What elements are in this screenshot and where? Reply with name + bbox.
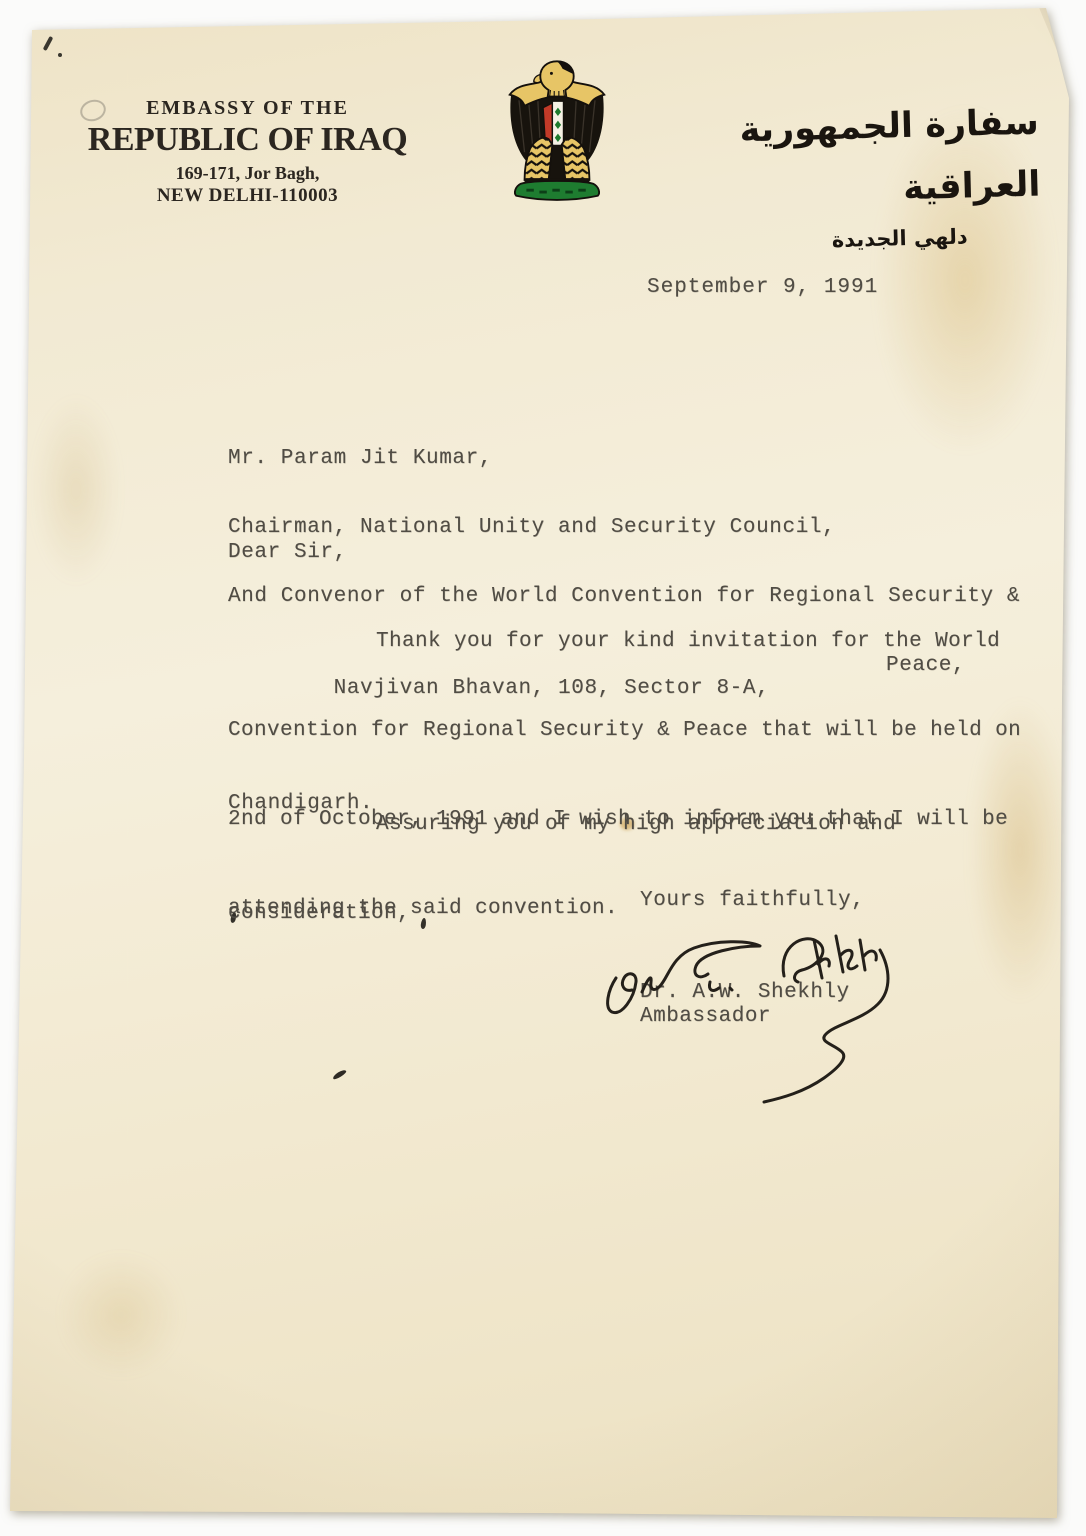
letter-date: September 9, 1991 (647, 276, 878, 299)
stain-left (16, 360, 136, 620)
letter-paper: EMBASSY OF THE REPUBLIC OF IRAQ 169-171,… (0, 0, 1086, 1536)
body-line: Convention for Regional Security & Peace… (228, 709, 1021, 752)
ink-mark-bottom (332, 1068, 347, 1080)
recipient-line: Mr. Param Jit Kumar, (228, 447, 1020, 470)
arabic-embassy-line: سفارة الجمهورية العراقية (698, 92, 1041, 225)
eagle-emblem-icon (506, 56, 608, 202)
ink-dot-top-left (58, 53, 62, 57)
body-line: Thank you for your kind invitation for t… (228, 620, 1021, 663)
republic-of-iraq-line: REPUBLIC OF IRAQ (80, 120, 415, 160)
recipient-line: Chairman, National Unity and Security Co… (228, 516, 1020, 539)
stain-bottom-left (36, 1230, 206, 1400)
scanned-letter-image: EMBASSY OF THE REPUBLIC OF IRAQ 169-171,… (0, 0, 1086, 1536)
street-address-line: 169-171, Jor Bagh, (80, 162, 415, 184)
ink-speck-top-left (43, 36, 54, 51)
letterhead-english-block: EMBASSY OF THE REPUBLIC OF IRAQ 169-171,… (80, 96, 415, 207)
valediction: Yours faithfully, (640, 889, 864, 912)
letterhead-arabic-block: سفارة الجمهورية العراقية دلهي الجديدة (698, 92, 1042, 259)
body-line: Assuring you of my high appreciation and (228, 803, 896, 846)
embassy-of-the-line: EMBASSY OF THE (80, 96, 415, 120)
salutation: Dear Sir, (228, 541, 347, 564)
paper-shadow-wrapper: EMBASSY OF THE REPUBLIC OF IRAQ 169-171,… (0, 0, 1086, 1536)
handwritten-signature (598, 916, 898, 1106)
arabic-city-line: دلهي الجديدة (701, 220, 1042, 259)
city-postcode-line: NEW DELHI-110003 (80, 184, 415, 207)
